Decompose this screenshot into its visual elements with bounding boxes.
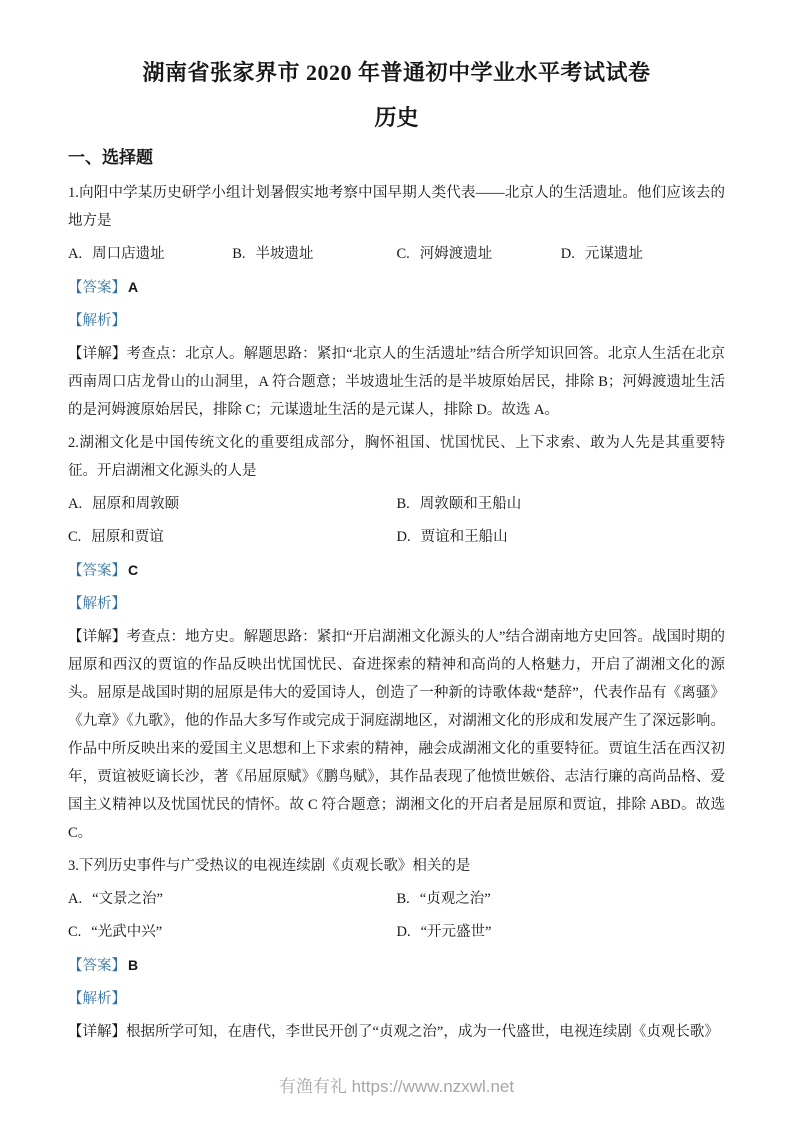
section-heading: 一、选择题 <box>68 146 725 170</box>
option-c-text: 屈原和贾谊 <box>91 529 164 545</box>
option-a-label: A. <box>68 246 82 262</box>
question-1-number: 1. <box>68 185 79 201</box>
question-3-options-row-2: C.“光武中兴” D.“开元盛世” <box>68 918 725 946</box>
answer-label: 【答案】 <box>68 563 126 579</box>
question-2-analysis-line: 【解析】 <box>68 590 725 618</box>
question-2-option-d: D.贾谊和王船山 <box>397 523 726 551</box>
page-subtitle: 历史 <box>68 103 725 133</box>
answer-label: 【答案】 <box>68 958 126 974</box>
option-b-label: B. <box>397 891 410 907</box>
question-1-stem: 1.向阳中学某历史研学小组计划暑假实地考察中国早期人类代表——北京人的生活遗址。… <box>68 179 725 235</box>
option-a-label: A. <box>68 891 82 907</box>
question-3-detail: 【详解】根据所学可知，在唐代，李世民开创了“贞观之治”，成为一代盛世，电视连续剧… <box>68 1018 725 1046</box>
option-d-label: D. <box>561 246 575 262</box>
question-3-option-a: A.“文景之治” <box>68 885 397 913</box>
question-1-option-a: A.周口店遗址 <box>68 240 232 268</box>
option-a-text: 周口店遗址 <box>92 246 165 262</box>
option-c-text: 河姆渡遗址 <box>420 246 493 262</box>
option-d-text: 贾谊和王船山 <box>421 529 508 545</box>
question-1-option-b: B.半坡遗址 <box>232 240 396 268</box>
question-1-text: 向阳中学某历史研学小组计划暑假实地考察中国早期人类代表——北京人的生活遗址。他们… <box>68 185 725 229</box>
question-1: 1.向阳中学某历史研学小组计划暑假实地考察中国早期人类代表——北京人的生活遗址。… <box>68 179 725 424</box>
option-b-text: “贞观之治” <box>420 891 491 907</box>
footer-watermark: 有渔有礼 https://www.nzxwl.net <box>0 1076 793 1098</box>
question-3-text: 下列历史事件与广受热议的电视连续剧《贞观长歌》相关的是 <box>79 858 471 874</box>
question-2-options-row-1: A.屈原和周敦颐 B.周敦颐和王船山 <box>68 490 725 518</box>
detail-label: 【详解】 <box>68 629 127 645</box>
question-3-analysis-line: 【解析】 <box>68 985 725 1013</box>
question-1-option-d: D.元谋遗址 <box>561 240 725 268</box>
option-d-text: “开元盛世” <box>421 924 492 940</box>
option-b-label: B. <box>397 496 410 512</box>
question-3-answer: B <box>128 957 138 973</box>
option-d-label: D. <box>397 529 411 545</box>
analysis-label: 【解析】 <box>68 313 126 329</box>
answer-label: 【答案】 <box>68 280 126 296</box>
option-c-text: “光武中兴” <box>91 924 162 940</box>
question-2-option-c: C.屈原和贾谊 <box>68 523 397 551</box>
question-1-detail-text: 考查点：北京人。解题思路：紧扣“北京人的生活遗址”结合所学知识回答。北京人生活在… <box>68 346 725 418</box>
question-2: 2.湖湘文化是中国传统文化的重要组成部分，胸怀祖国、忧国忧民、上下求索、敢为人先… <box>68 429 725 847</box>
question-1-analysis-line: 【解析】 <box>68 307 725 335</box>
question-2-number: 2. <box>68 435 79 451</box>
option-c-label: C. <box>68 529 81 545</box>
question-1-answer-line: 【答案】A <box>68 273 725 302</box>
question-3-option-c: C.“光武中兴” <box>68 918 397 946</box>
question-3-option-b: B.“贞观之治” <box>397 885 726 913</box>
question-3: 3.下列历史事件与广受热议的电视连续剧《贞观长歌》相关的是 A.“文景之治” B… <box>68 852 725 1046</box>
question-2-options-row-2: C.屈原和贾谊 D.贾谊和王船山 <box>68 523 725 551</box>
detail-label: 【详解】 <box>68 346 127 362</box>
question-3-answer-line: 【答案】B <box>68 951 725 980</box>
option-a-label: A. <box>68 496 82 512</box>
detail-label: 【详解】 <box>68 1024 126 1040</box>
option-a-text: 屈原和周敦颐 <box>92 496 179 512</box>
question-1-options: A.周口店遗址 B.半坡遗址 C.河姆渡遗址 D.元谋遗址 <box>68 240 725 268</box>
option-b-text: 半坡遗址 <box>256 246 314 262</box>
question-2-answer: C <box>128 562 138 578</box>
question-1-detail: 【详解】考查点：北京人。解题思路：紧扣“北京人的生活遗址”结合所学知识回答。北京… <box>68 340 725 424</box>
option-b-text: 周敦颐和王船山 <box>420 496 522 512</box>
question-2-option-b: B.周敦颐和王船山 <box>397 490 726 518</box>
page-title: 湖南省张家界市 2020 年普通初中学业水平考试试卷 <box>68 58 725 88</box>
question-3-option-d: D.“开元盛世” <box>397 918 726 946</box>
analysis-label: 【解析】 <box>68 991 126 1007</box>
question-3-stem: 3.下列历史事件与广受热议的电视连续剧《贞观长歌》相关的是 <box>68 852 725 880</box>
question-2-detail-text: 考查点：地方史。解题思路：紧扣“开启湖湘文化源头的人”结合湖南地方史回答。战国时… <box>68 629 725 841</box>
question-2-answer-line: 【答案】C <box>68 556 725 585</box>
question-2-option-a: A.屈原和周敦颐 <box>68 490 397 518</box>
question-2-stem: 2.湖湘文化是中国传统文化的重要组成部分，胸怀祖国、忧国忧民、上下求索、敢为人先… <box>68 429 725 485</box>
option-c-label: C. <box>397 246 410 262</box>
footer-text: 有渔有礼 https://www.nzxwl.net <box>279 1077 514 1096</box>
exam-document-page: 湖南省张家界市 2020 年普通初中学业水平考试试卷 历史 一、选择题 1.向阳… <box>0 0 793 1122</box>
option-a-text: “文景之治” <box>92 891 163 907</box>
question-1-answer: A <box>128 279 138 295</box>
question-3-options-row-1: A.“文景之治” B.“贞观之治” <box>68 885 725 913</box>
analysis-label: 【解析】 <box>68 596 126 612</box>
option-c-label: C. <box>68 924 81 940</box>
question-2-detail: 【详解】考查点：地方史。解题思路：紧扣“开启湖湘文化源头的人”结合湖南地方史回答… <box>68 623 725 847</box>
question-3-number: 3. <box>68 858 79 874</box>
question-3-detail-text: 根据所学可知，在唐代，李世民开创了“贞观之治”，成为一代盛世，电视连续剧《贞观长… <box>126 1024 719 1040</box>
question-2-text: 湖湘文化是中国传统文化的重要组成部分，胸怀祖国、忧国忧民、上下求索、敢为人先是其… <box>68 435 725 479</box>
option-d-text: 元谋遗址 <box>585 246 643 262</box>
question-1-option-c: C.河姆渡遗址 <box>397 240 561 268</box>
option-d-label: D. <box>397 924 411 940</box>
option-b-label: B. <box>232 246 245 262</box>
